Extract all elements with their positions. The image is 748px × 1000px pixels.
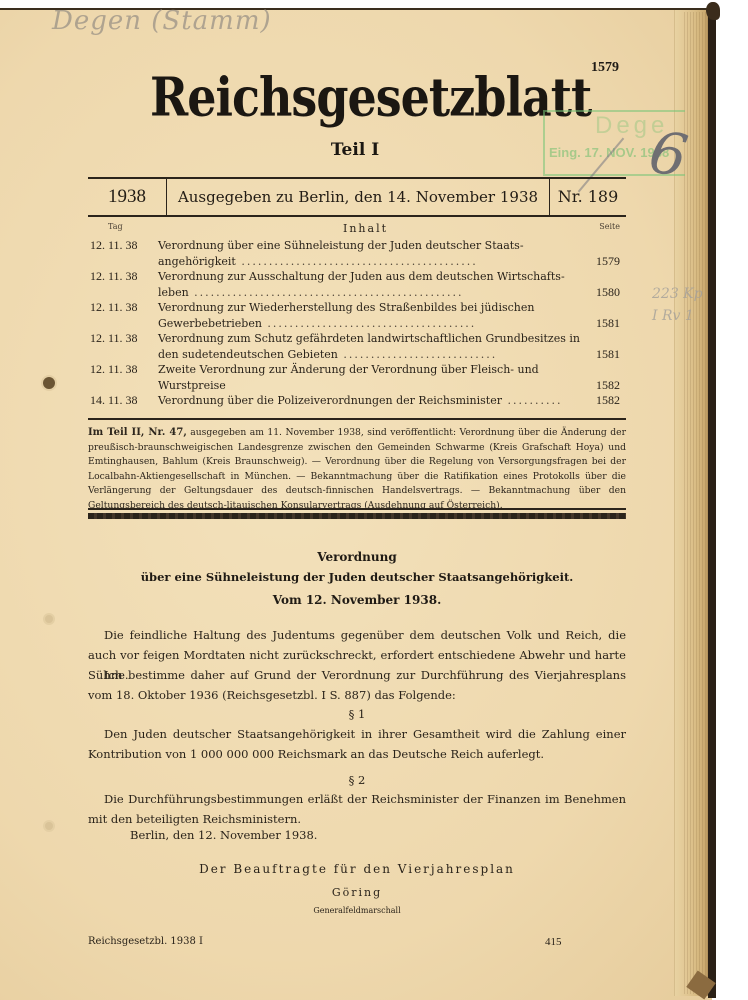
margin-note-line: I Rv 1	[652, 305, 703, 327]
book-binding-edge	[708, 8, 716, 998]
handwritten-note-top: Degen (Stamm)	[52, 6, 272, 36]
toc-entry-date: 12. 11. 38	[90, 300, 138, 316]
toc-entry-title: Verordnung zur Wiederherstellung des Str…	[158, 301, 534, 314]
divider-rule	[88, 418, 626, 420]
toc-col-day: Tag	[108, 222, 123, 231]
toc-header: Tag Inhalt Seite	[88, 222, 626, 238]
table-of-contents: Tag Inhalt Seite 12. 11. 38 Verordnung ü…	[88, 222, 626, 409]
divider-thick-rule	[88, 513, 626, 519]
place-date: Berlin, den 12. November 1938.	[130, 825, 530, 845]
toc-entry-title-cont: den sudetendeutschen Gebieten	[158, 348, 338, 361]
part-two-text: ausgegeben am 11. November 1938, sind ve…	[88, 427, 626, 511]
toc-entry: 12. 11. 38 Verordnung über eine Sühnelei…	[88, 238, 626, 269]
masthead-title: Reichsgesetzblatt	[150, 66, 560, 128]
toc-entry-date: 12. 11. 38	[90, 362, 138, 378]
signatory-rank: Generalfeldmarschall	[88, 906, 626, 915]
page-stack-lines	[684, 12, 706, 994]
toc-entry-title: Verordnung zum Schutz gefährdeten landwi…	[158, 332, 580, 345]
issue-header-bar: 1938 Ausgegeben zu Berlin, den 14. Novem…	[88, 177, 626, 217]
part-two-lead: Im Teil II, Nr. 47,	[88, 427, 187, 438]
toc-entry-title: Verordnung über eine Sühneleistung der J…	[158, 239, 524, 252]
toc-entry-title: Verordnung zur Ausschaltung der Juden au…	[158, 270, 565, 283]
decree-title: Verordnung	[88, 550, 626, 564]
margin-note-line: 223 Kp	[652, 283, 703, 305]
page-number: 1579	[591, 60, 619, 76]
section-1-text: Den Juden deutscher Staatsangehörigkeit …	[88, 724, 626, 764]
toc-entry-page: 1579	[596, 254, 620, 270]
toc-entry-page: 1582	[596, 378, 620, 394]
toc-entry-page: 1580	[596, 285, 620, 301]
toc-entry-date: 12. 11. 38	[90, 238, 138, 254]
toc-entry-title-cont: Gewerbebetrieben	[158, 317, 262, 330]
issue-year: 1938	[88, 179, 167, 215]
decree-date: Vom 12. November 1938.	[88, 593, 626, 607]
toc-entry-page: 1581	[596, 316, 620, 332]
signatory-name: Göring	[88, 886, 626, 899]
worn-corner-top	[706, 2, 720, 20]
punch-hole	[45, 615, 53, 623]
toc-entry: 12. 11. 38 Verordnung zum Schutz gefährd…	[88, 331, 626, 362]
handwritten-margin-note: 223 Kp I Rv 1	[652, 283, 703, 327]
decree-subtitle: über eine Sühneleistung der Juden deutsc…	[88, 570, 626, 584]
part-label: Teil I	[300, 140, 410, 160]
toc-entry-title-cont: angehörigkeit	[158, 255, 236, 268]
toc-col-contents: Inhalt	[343, 222, 388, 235]
section-2-text: Die Durchführungsbestimmungen erläßt der…	[88, 789, 626, 829]
toc-entry-title: Verordnung über die Polizeiverordnungen …	[158, 394, 502, 407]
toc-entry-title-cont: leben	[158, 286, 189, 299]
toc-entry-page: 1582	[596, 393, 620, 409]
punch-hole	[45, 822, 53, 830]
part-two-notice: Im Teil II, Nr. 47, ausgegeben am 11. No…	[88, 426, 626, 513]
divider-rule	[88, 508, 626, 510]
toc-entry: 14. 11. 38 Verordnung über die Polizeive…	[88, 393, 626, 409]
punch-hole	[43, 377, 55, 389]
issue-date: Ausgegeben zu Berlin, den 14. November 1…	[167, 179, 550, 215]
footer-citation: Reichsgesetzbl. 1938 I	[88, 936, 203, 947]
toc-entry-date: 12. 11. 38	[90, 269, 138, 285]
section-2-label: § 2	[88, 770, 626, 790]
toc-entry-title: Zweite Verordnung zur Änderung der Veror…	[158, 363, 539, 392]
toc-entry-page: 1581	[596, 347, 620, 363]
toc-entry: 12. 11. 38 Zweite Verordnung zur Änderun…	[88, 362, 626, 393]
toc-entry-date: 14. 11. 38	[90, 393, 138, 409]
toc-entry: 12. 11. 38 Verordnung zur Ausschaltung d…	[88, 269, 626, 300]
toc-entry-date: 12. 11. 38	[90, 331, 138, 347]
footer-page-number: 415	[545, 936, 562, 948]
section-1-label: § 1	[88, 704, 626, 724]
issue-number: Nr. 189	[550, 179, 626, 215]
decree-preamble-authority: Ich bestimme daher auf Grund der Verordn…	[88, 665, 626, 705]
signatory-title: Der Beauftragte für den Vierjahresplan	[88, 862, 626, 876]
toc-col-page: Seite	[599, 222, 620, 231]
toc-entry: 12. 11. 38 Verordnung zur Wiederherstell…	[88, 300, 626, 331]
